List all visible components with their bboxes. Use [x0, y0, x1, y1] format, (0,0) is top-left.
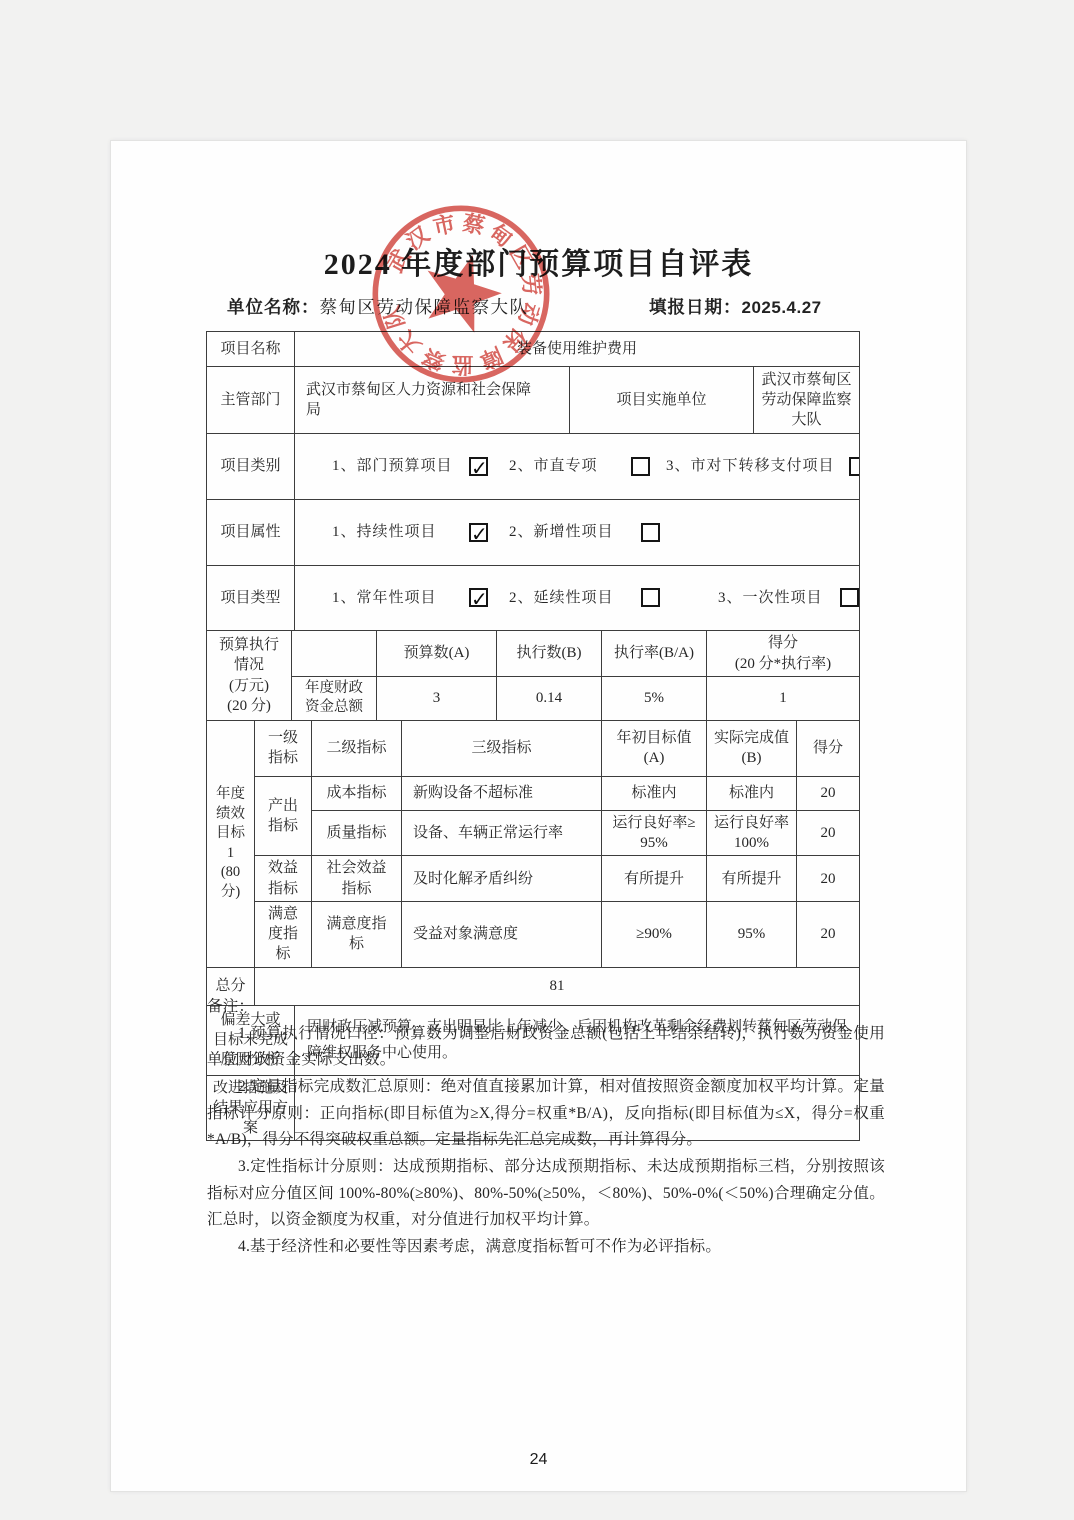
category-options-cell: 1、部门预算项目 2、市直专项 3、市对下转移支付项目 — [295, 434, 860, 500]
table-row: 产出 指标 成本指标 新购设备不超标准 标准内 标准内 20 — [207, 776, 860, 810]
performance-goal-label: 年度 绩效 目标 1 (80 分) — [207, 720, 255, 967]
option-label: 1、持续性项目 — [332, 522, 469, 542]
actual-header: 实际完成值 (B) — [707, 720, 797, 776]
note-item-4: 4.基于经济性和必要性等因素考虑，满意度指标暂可不作为必评指标。 — [207, 1234, 885, 1261]
checkbox-dept-budget-project — [469, 457, 488, 476]
checkbox-perennial-project — [469, 588, 488, 607]
quality-indicator-label: 质量指标 — [312, 810, 402, 856]
page-number: 24 — [111, 1451, 966, 1469]
table-row: 满意 度指 标 满意度指 标 受益对象满意度 ≥90% 95% 20 — [207, 901, 860, 967]
budget-amount-value: 3 — [377, 676, 497, 720]
option-label: 3、市对下转移支付项目 — [666, 456, 849, 476]
satisfaction-desc: 受益对象满意度 — [402, 901, 602, 967]
option-label: 1、部门预算项目 — [332, 456, 469, 476]
level1-header: 一级 指标 — [255, 720, 312, 776]
unit-name-value: 蔡甸区劳动保障监察大队 — [320, 297, 529, 317]
cost-indicator-label: 成本指标 — [312, 776, 402, 810]
output-indicator-label: 产出 指标 — [255, 776, 312, 856]
dept-label: 主管部门 — [207, 367, 295, 434]
cost-target-value: 标准内 — [602, 776, 707, 810]
score-header: 得分 — [797, 720, 860, 776]
table-row: 年度 绩效 目标 1 (80 分) 一级 指标 二级指标 三级指标 年初目标值 … — [207, 720, 860, 776]
satisfaction-score-value: 20 — [797, 901, 860, 967]
quality-score-value: 20 — [797, 810, 860, 856]
unit-name-label: 单位名称： — [227, 297, 320, 317]
report-date-value: 2025.4.27 — [742, 298, 822, 317]
quality-indicator-desc: 设备、车辆正常运行率 — [402, 810, 602, 856]
satisfaction-target-value: ≥90% — [602, 901, 707, 967]
note-item-1: 1.预算执行情况口径：预算数为调整后财政资金总额(包括上年结余结转)，执行数为资… — [207, 1021, 885, 1074]
satisfaction-actual-value: 95% — [707, 901, 797, 967]
report-date-field: 填报日期：2025.4.27 — [649, 294, 822, 319]
category-label: 项目类别 — [207, 434, 295, 500]
option-transfer-payment: 3、市对下转移支付项目 — [666, 456, 860, 476]
exec-score-value: 1 — [707, 676, 860, 720]
table-row: 主管部门 武汉市蔡甸区人力资源和社会保障 局 项目实施单位 武汉市蔡甸区 劳动保… — [207, 367, 860, 434]
note-item-3: 3.定性指标计分原则：达成预期指标、部分达成预期指标、未达成预期指标三档，分别按… — [207, 1154, 885, 1234]
option-dept-budget-project: 1、部门预算项目 — [332, 456, 488, 476]
satisfaction-indicator-label: 满意 度指 标 — [255, 901, 312, 967]
attribute-options-cell: 1、持续性项目 2、新增性项目 — [295, 499, 860, 565]
satisfaction-label: 满意度指 标 — [312, 901, 402, 967]
checkbox-continuous-project — [469, 523, 488, 542]
project-name-label: 项目名称 — [207, 332, 295, 367]
checkbox-new-project — [641, 523, 660, 542]
scanned-document-page: 2024 年度部门预算项目自评表 单位名称：蔡甸区劳动保障监察大队 填报日期：2… — [110, 140, 967, 1492]
exec-col-header: 执行数(B) — [497, 631, 602, 677]
cost-actual-value: 标准内 — [707, 776, 797, 810]
option-continuous-project: 1、持续性项目 — [332, 522, 488, 542]
note-item-2: 2.定量指标完成数汇总原则：绝对值直接累加计算，相对值按照资金额度加权平均计算。… — [207, 1074, 885, 1154]
checkbox-city-special — [631, 457, 650, 476]
benefit-target-value: 有所提升 — [602, 856, 707, 902]
checkbox-extended-project — [641, 588, 660, 607]
target-header: 年初目标值 (A) — [602, 720, 707, 776]
budget-exec-label: 预算执行情况 (万元) (20 分) — [207, 631, 292, 721]
impl-unit-label: 项目实施单位 — [570, 367, 754, 434]
rate-col-header: 执行率(B/A) — [602, 631, 707, 677]
notes-title: 备注： — [207, 994, 885, 1021]
document-info-line: 单位名称：蔡甸区劳动保障监察大队 填报日期：2025.4.27 — [111, 294, 966, 320]
table-row: 项目名称 装备使用维护费用 — [207, 332, 860, 367]
option-label: 2、市直专项 — [509, 456, 631, 476]
annual-funds-label: 年度财政 资金总额 — [292, 676, 377, 720]
exec-amount-value: 0.14 — [497, 676, 602, 720]
quality-actual-value: 运行良好率 100% — [707, 810, 797, 856]
level3-header: 三级指标 — [402, 720, 602, 776]
exec-rate-value: 5% — [602, 676, 707, 720]
option-city-special: 2、市直专项 — [509, 456, 650, 476]
dept-value: 武汉市蔡甸区人力资源和社会保障 局 — [295, 367, 570, 434]
notes-block: 备注： 1.预算执行情况口径：预算数为调整后财政资金总额(包括上年结余结转)，执… — [207, 994, 885, 1261]
table-row: 预算执行情况 (万元) (20 分) 预算数(A) 执行数(B) 执行率(B/A… — [207, 631, 860, 677]
attribute-label: 项目属性 — [207, 499, 295, 565]
type-label: 项目类型 — [207, 565, 295, 631]
option-label: 2、延续性项目 — [509, 588, 641, 608]
checkbox-transfer-payment — [849, 457, 860, 476]
budget-col-header: 预算数(A) — [377, 631, 497, 677]
quality-target-value: 运行良好率≥ 95% — [602, 810, 707, 856]
unit-name-field: 单位名称：蔡甸区劳动保障监察大队 — [227, 294, 529, 319]
budget-exec-blank-cell — [292, 631, 377, 677]
option-label: 3、一次性项目 — [718, 588, 840, 608]
table-row: 项目类型 1、常年性项目 2、延续性项目 3、一次性项目 — [207, 565, 860, 631]
project-name-value: 装备使用维护费用 — [295, 332, 860, 367]
performance-section: 年度 绩效 目标 1 (80 分) 一级 指标 二级指标 三级指标 年初目标值 … — [206, 720, 860, 968]
benefit-score-value: 20 — [797, 856, 860, 902]
option-label: 2、新增性项目 — [509, 522, 641, 542]
social-benefit-label: 社会效益 指标 — [312, 856, 402, 902]
level2-header: 二级指标 — [312, 720, 402, 776]
project-info-section: 项目名称 装备使用维护费用 主管部门 武汉市蔡甸区人力资源和社会保障 局 项目实… — [206, 331, 860, 631]
impl-unit-value: 武汉市蔡甸区 劳动保障监察 大队 — [754, 367, 860, 434]
report-date-label: 填报日期： — [649, 297, 742, 317]
budget-exec-section: 预算执行情况 (万元) (20 分) 预算数(A) 执行数(B) 执行率(B/A… — [206, 630, 860, 721]
option-new-project: 2、新增性项目 — [509, 522, 660, 542]
score-col-header: 得分 (20 分*执行率) — [707, 631, 860, 677]
page-title: 2024 年度部门预算项目自评表 — [111, 239, 966, 283]
benefit-indicator-label: 效益 指标 — [255, 856, 312, 902]
cost-indicator-desc: 新购设备不超标准 — [402, 776, 602, 810]
social-benefit-desc: 及时化解矛盾纠纷 — [402, 856, 602, 902]
option-label: 1、常年性项目 — [332, 588, 469, 608]
table-row: 项目类别 1、部门预算项目 2、市直专项 3、市对下转移支付项目 — [207, 434, 860, 500]
table-row: 年度财政 资金总额 3 0.14 5% 1 — [207, 676, 860, 720]
checkbox-onetime-project — [840, 588, 859, 607]
option-perennial-project: 1、常年性项目 — [332, 588, 488, 608]
table-row: 效益 指标 社会效益 指标 及时化解矛盾纠纷 有所提升 有所提升 20 — [207, 856, 860, 902]
benefit-actual-value: 有所提升 — [707, 856, 797, 902]
table-row: 项目属性 1、持续性项目 2、新增性项目 — [207, 499, 860, 565]
cost-score-value: 20 — [797, 776, 860, 810]
type-options-cell: 1、常年性项目 2、延续性项目 3、一次性项目 — [295, 565, 860, 631]
option-extended-project: 2、延续性项目 — [509, 588, 660, 608]
option-onetime-project: 3、一次性项目 — [718, 588, 859, 608]
